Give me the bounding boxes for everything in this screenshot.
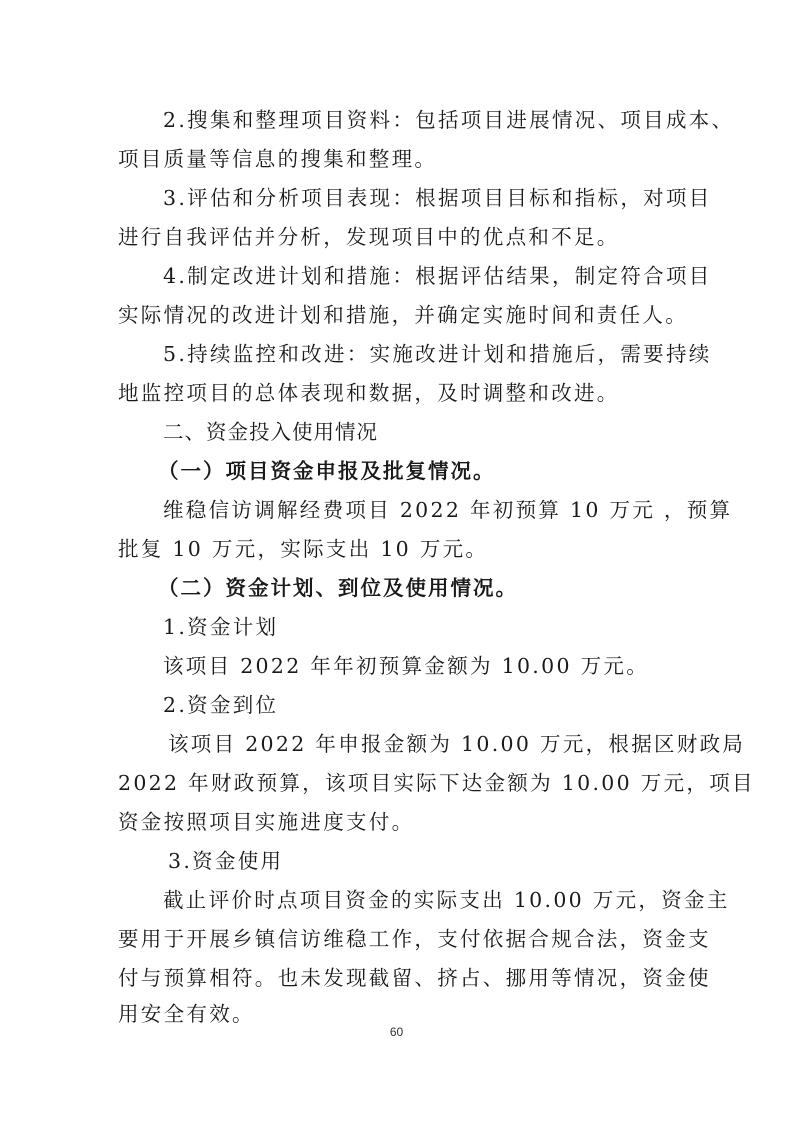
fund-arrival-paragraph-line2: 2022 年财政预算，该项目实际下达金额为 10.00 万元，项目 xyxy=(118,770,678,796)
list-item-3-line2: 进行自我评估并分析，发现项目中的优点和不足。 xyxy=(118,224,678,250)
page-number: 60 xyxy=(0,1025,793,1039)
budget-paragraph-line2: 批复 10 万元，实际支出 10 万元。 xyxy=(118,536,678,562)
list-item-4-line2: 实际情况的改进计划和措施，并确定实施时间和责任人。 xyxy=(118,302,678,328)
fund-plan-paragraph: 该项目 2022 年年初预算金额为 10.00 万元。 xyxy=(163,653,723,679)
budget-paragraph-line1: 维稳信访调解经费项目 2022 年初预算 10 万元 ，预算 xyxy=(163,497,678,523)
list-item-5-line1: 5.持续监控和改进：实施改进计划和措施后，需要持续 xyxy=(163,341,678,367)
list-item-3-line1: 3.评估和分析项目表现：根据项目目标和指标，对项目 xyxy=(163,185,678,211)
fund-use-paragraph-line2: 要用于开展乡镇信访维稳工作，支付依据合规合法，资金支 xyxy=(118,926,678,952)
fund-use-paragraph-line1: 截止评价时点项目资金的实际支出 10.00 万元，资金主 xyxy=(163,887,678,913)
fund-arrival-paragraph-line1: 该项目 2022 年申报金额为 10.00 万元，根据区财政局 xyxy=(168,731,678,757)
subsection-heading-1: （一）项目资金申报及批复情况。 xyxy=(158,458,718,484)
list-item-4-line1: 4.制定改进计划和措施：根据评估结果，制定符合项目 xyxy=(163,263,678,289)
list-item-2-line2: 项目质量等信息的搜集和整理。 xyxy=(118,146,678,172)
fund-use-paragraph-line4: 用安全有效。 xyxy=(118,1001,678,1027)
section-heading-funds: 二、资金投入使用情况 xyxy=(163,419,723,445)
item-heading-fund-use: 3.资金使用 xyxy=(168,848,728,874)
fund-arrival-paragraph-line3: 资金按照项目实施进度支付。 xyxy=(118,809,678,835)
document-page: 2.搜集和整理项目资料：包括项目进展情况、项目成本、 项目质量等信息的搜集和整理… xyxy=(0,0,793,1122)
item-heading-fund-arrival: 2.资金到位 xyxy=(163,692,723,718)
list-item-5-line2: 地监控项目的总体表现和数据，及时调整和改进。 xyxy=(118,380,678,406)
item-heading-fund-plan: 1.资金计划 xyxy=(163,614,723,640)
subsection-heading-2: （二）资金计划、到位及使用情况。 xyxy=(158,575,718,601)
list-item-2-line1: 2.搜集和整理项目资料：包括项目进展情况、项目成本、 xyxy=(163,107,678,133)
fund-use-paragraph-line3: 付与预算相符。也未发现截留、挤占、挪用等情况，资金使 xyxy=(118,965,678,991)
